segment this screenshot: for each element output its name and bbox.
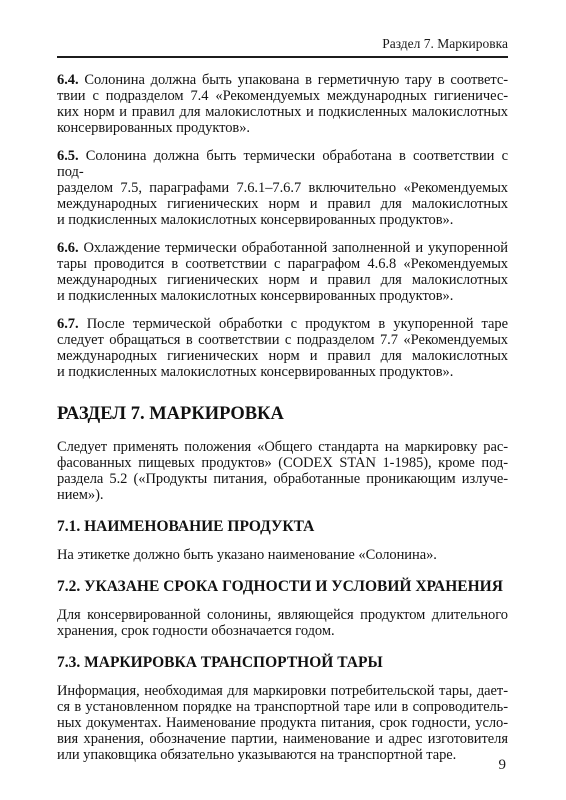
paragraph-line: 6.5. Солонина должна быть термически обр… [57,148,508,180]
running-header: Раздел 7. Маркировка [57,36,508,51]
page-number: 9 [499,757,507,774]
paragraph-line: разделом 7.5, параграфами 7.6.1–7.6.7 вк… [57,180,508,196]
paragraph-line: и подкисленных малокислотных консервиров… [57,364,508,380]
document-content: 6.4. Солонина должна быть упакована в ге… [57,72,508,763]
paragraph-line: нием»). [57,487,508,503]
header-rule [57,56,508,58]
paragraph-line: ных документах. Наименование продукта пи… [57,715,508,731]
paragraph-line: фасованных пищевых продуктов» (CODEX STA… [57,455,508,471]
body-paragraph: 6.5. Солонина должна быть термически обр… [57,148,508,228]
paragraph-number: 6.7. [57,316,79,332]
paragraph-line: вия хранения, обозначение партии, наимен… [57,731,508,747]
body-paragraph: Для консервированной солонины, являющейс… [57,607,508,639]
paragraph-line: раздела 5.2 («Продукты питания, обработа… [57,471,508,487]
paragraph-line: тары проводится в соответствии с парагра… [57,256,508,272]
paragraph-line: Следует применять положения «Общего стан… [57,439,508,455]
paragraph-line: 6.6. Охлаждение термически обработанной … [57,240,508,256]
document-page: Раздел 7. Маркировка 6.4. Солонина должн… [0,0,566,800]
paragraph-line: или упаковщика обязательно указываются н… [57,747,508,763]
paragraph-line: международных гигиенических норм и прави… [57,272,508,288]
body-paragraph: 6.4. Солонина должна быть упакована в ге… [57,72,508,136]
paragraph-line: и подкисленных малокислотных консервиров… [57,288,508,304]
body-paragraph: Информация, необходимая для маркировки п… [57,683,508,763]
body-paragraph: Следует применять положения «Общего стан… [57,439,508,503]
paragraph-line: международных гигиенических норм и прави… [57,196,508,212]
paragraph-line: твии с подразделом 7.4 «Рекомендуемых ме… [57,88,508,104]
paragraph-line: и подкисленных малокислотных консервиров… [57,212,508,228]
paragraph-line: 6.7. После термической обработки с проду… [57,316,508,332]
paragraph-number: 6.6. [57,240,79,256]
body-paragraph: 6.7. После термической обработки с проду… [57,316,508,380]
paragraph-line: хранения, срок годности обозначается год… [57,623,508,639]
subsection-heading: 7.3. МАРКИРОВКА ТРАНСПОРТНОЙ ТАРЫ [57,654,508,671]
paragraph-number: 6.4. [57,72,79,88]
paragraph-line: ся в установленном порядке на транспортн… [57,699,508,715]
subsection-heading: 7.2. УКАЗАНЕ СРОКА ГОДНОСТИ И УСЛОВИЙ ХР… [57,578,508,595]
paragraph-line: ких норм и правил для малокислотных и по… [57,104,508,120]
paragraph-line: 6.4. Солонина должна быть упакована в ге… [57,72,508,88]
paragraph-number: 6.5. [57,148,79,164]
section-heading: РАЗДЕЛ 7. МАРКИРОВКА [57,404,508,424]
paragraph-line: Для консервированной солонины, являющейс… [57,607,508,623]
paragraph-line: следует обращаться в соответствии с подр… [57,332,508,348]
paragraph-line: На этикетке должно быть указано наименов… [57,547,508,563]
paragraph-line: Информация, необходимая для маркировки п… [57,683,508,699]
body-paragraph: 6.6. Охлаждение термически обработанной … [57,240,508,304]
body-paragraph: На этикетке должно быть указано наименов… [57,547,508,563]
paragraph-line: международных гигиенических норм и прави… [57,348,508,364]
subsection-heading: 7.1. НАИМЕНОВАНИЕ ПРОДУКТА [57,518,508,535]
paragraph-line: консервированных продуктов». [57,120,508,136]
